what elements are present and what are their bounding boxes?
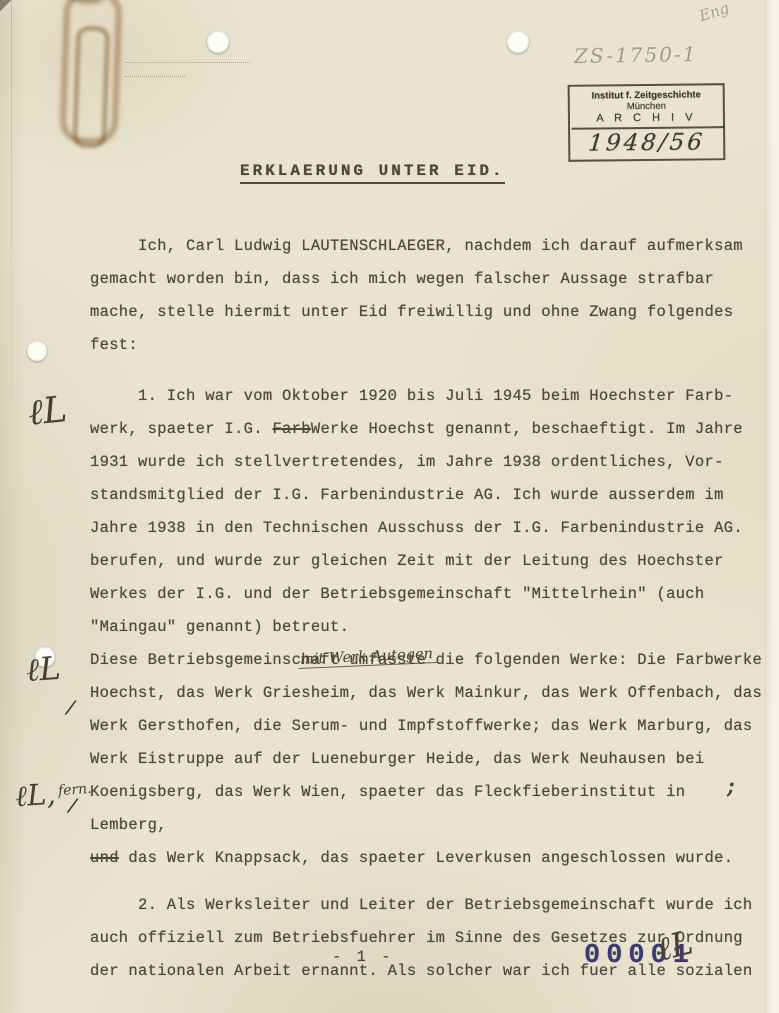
text-line: berufen, und wurde zur gleichen Zeit mit… xyxy=(90,545,768,578)
punch-hole xyxy=(207,31,229,53)
text-line: "Maingau" genannt) betreut. xyxy=(90,611,768,644)
text-line: Ich, Carl Ludwig LAUTENSCHLAEGER, nachde… xyxy=(90,230,768,263)
archive-stamp: Institut f. Zeitgeschichte München A R C… xyxy=(568,83,726,162)
paperclip-rust-stain xyxy=(59,0,124,141)
works-paragraph: Diese Betriebsgemeinschaft umfasste die … xyxy=(90,644,768,875)
text-line: 1. Ich war vom Oktober 1920 bis Juli 194… xyxy=(90,380,768,413)
document-body: Ich, Carl Ludwig LAUTENSCHLAEGER, nachde… xyxy=(90,230,768,988)
text-line: mache, stelle hiermit unter Eid freiwill… xyxy=(90,296,768,329)
margin-initials: ℓL xyxy=(25,649,62,689)
pencil-corner-note: Eng xyxy=(697,0,731,25)
margin-initials: ℓL xyxy=(26,388,69,434)
text-line: 2. Als Werksleiter und Leiter der Betrie… xyxy=(90,889,768,922)
text-line: Werkes der I.G. und der Betriebsgemeinsc… xyxy=(90,578,768,611)
struck-text: Farb xyxy=(272,420,310,438)
text-line: 1931 wurde ich stellvertretendes, im Jah… xyxy=(90,446,768,479)
document-page: Eng ZS-1750-1 Institut f. Zeitgeschichte… xyxy=(0,0,779,1013)
text-line: Werk Eistruppe auf der Lueneburger Heide… xyxy=(90,743,768,776)
text-line: Werk Gersthofen, die Serum- und Impfstof… xyxy=(90,710,768,743)
text-line: standsmitglied der I.G. Farbenindustrie … xyxy=(90,479,768,512)
handwritten-semicolon: ; xyxy=(727,773,735,798)
text-line: Koenigsberg, das Werk Wien, spaeter das … xyxy=(90,776,768,842)
stamp-accession-number: 1948/56 xyxy=(569,126,725,160)
text-line: und das Werk Knappsack, das spaeter Leve… xyxy=(90,842,768,875)
punch-hole xyxy=(507,31,529,53)
pencil-smudge xyxy=(125,62,250,63)
page-number: - 1 - xyxy=(332,948,394,966)
punch-hole xyxy=(27,341,47,361)
pencil-smudge xyxy=(125,76,185,77)
text-line: Hoechst, das Werk Griesheim, das Werk Ma… xyxy=(90,677,768,710)
fold-line xyxy=(11,0,12,470)
document-title: ERKLAERUNG UNTER EID. xyxy=(240,162,505,184)
intro-paragraph: Ich, Carl Ludwig LAUTENSCHLAEGER, nachde… xyxy=(90,230,768,362)
stamp-institute-line: Institut f. Zeitgeschichte xyxy=(570,85,723,102)
struck-text: und xyxy=(90,849,119,867)
point1-paragraph: 1. Ich war vom Oktober 1920 bis Juli 194… xyxy=(90,380,768,644)
margin-slash-mark: / xyxy=(64,796,80,821)
text-line: fest: xyxy=(90,329,768,362)
text-line: gemacht worden bin, dass ich mich wegen … xyxy=(90,263,768,296)
text-line: werk, spaeter I.G. FarbWerke Hoechst gen… xyxy=(90,413,768,446)
margin-slash-mark: / xyxy=(62,698,78,723)
stamp-archiv-line: A R C H I V xyxy=(570,111,723,128)
margin-initials: ℓL, xyxy=(14,777,57,815)
archive-signature-note: ZS-1750-1 xyxy=(574,42,698,68)
text-line: Jahre 1938 in den Technischen Ausschuss … xyxy=(90,512,768,545)
scan-corner-artifact xyxy=(0,0,11,11)
